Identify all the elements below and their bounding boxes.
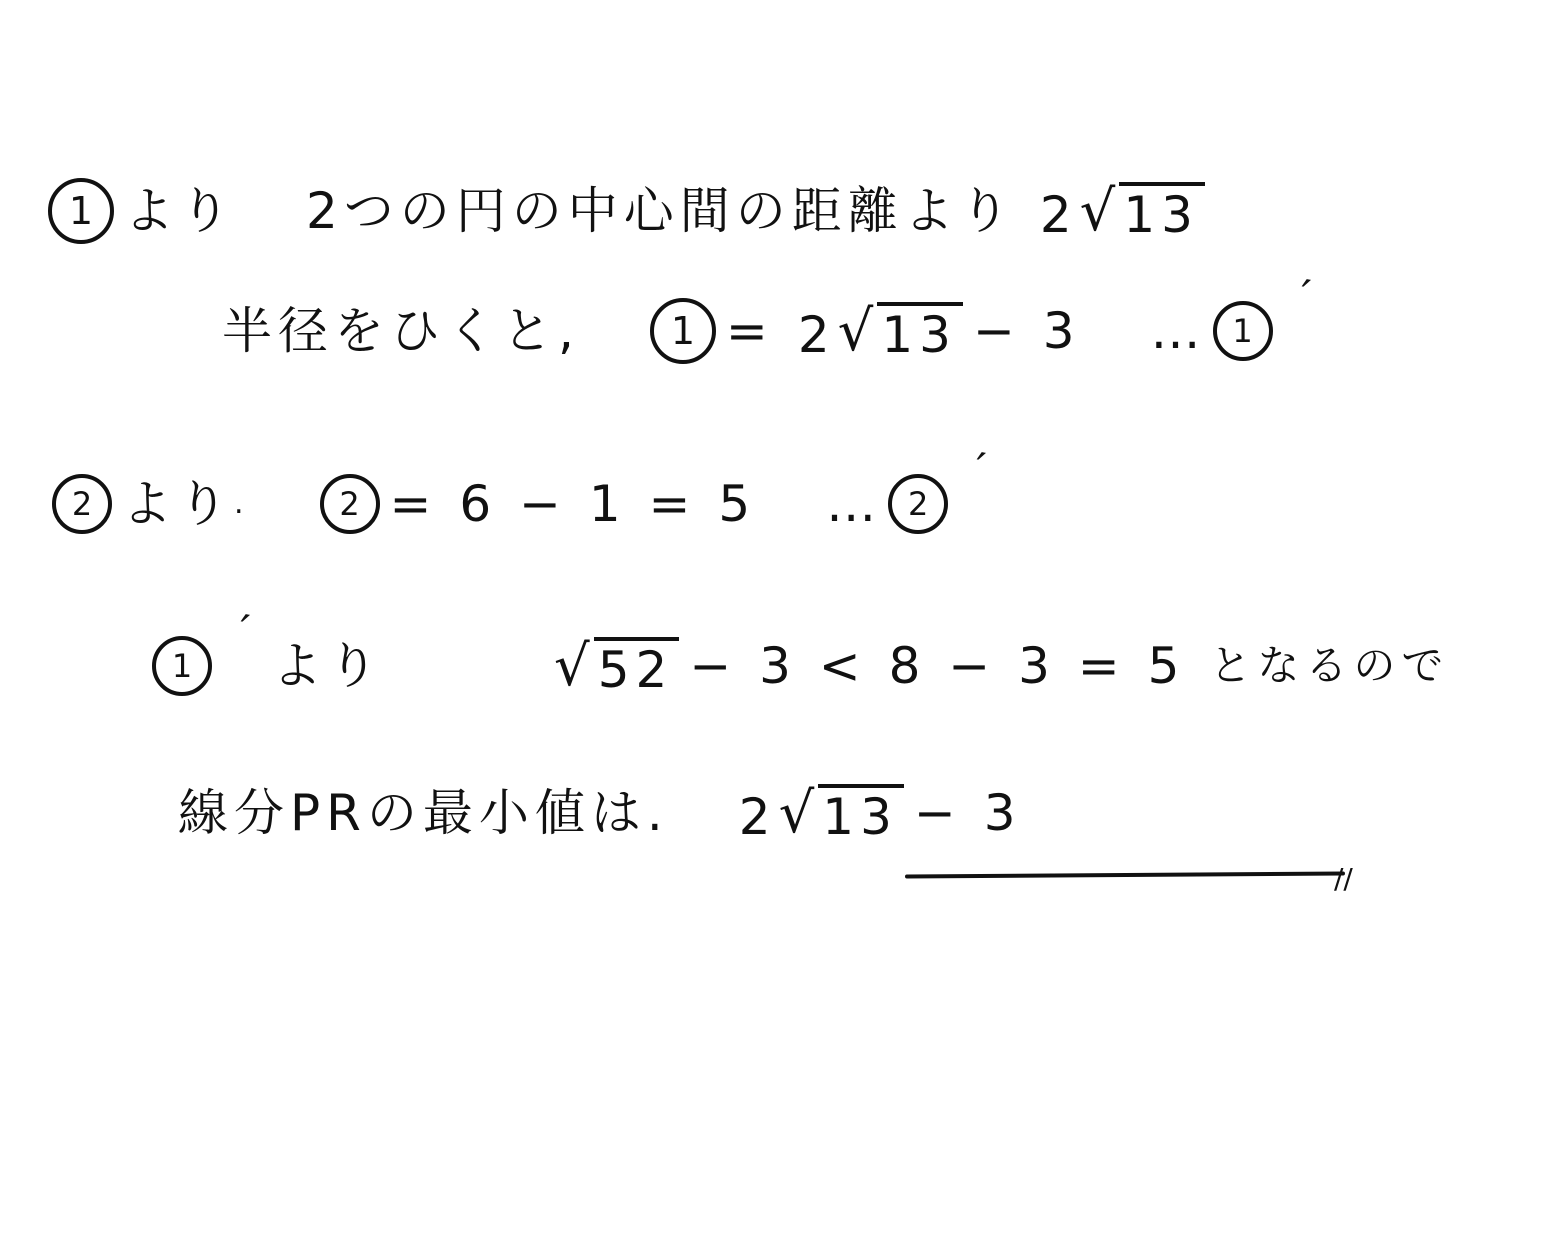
prime-mark: ′ <box>970 447 987 492</box>
circled-ref-1-prime: 1 ′ <box>152 636 212 696</box>
equals-sign: = <box>726 306 774 356</box>
ref-number: 2 <box>339 488 359 520</box>
coefficient: 2 <box>1040 190 1078 240</box>
radical-sign-icon: √ <box>1080 184 1122 240</box>
ref-number: 1 <box>671 312 695 350</box>
radicand: 13 <box>877 302 963 360</box>
end-mark: // <box>1334 862 1353 895</box>
prime-mark: ′ <box>234 609 251 654</box>
radical-sign-icon: √ <box>779 786 821 842</box>
yori-text: より <box>272 641 384 691</box>
radicand: 13 <box>1119 182 1205 240</box>
comparison-expression: − 3 < 8 − 3 = 5 <box>689 641 1185 691</box>
label-number: 1 <box>1232 315 1252 347</box>
expression: = 6 − 1 = 5 <box>390 479 757 529</box>
answer-value: 2 √ 13 <box>739 784 904 842</box>
distance-value: 2 √ 13 <box>1040 182 1205 240</box>
conclusion-phrase: 線分PRの最小値は. <box>178 788 669 838</box>
ellipsis: … <box>826 479 882 529</box>
yori-text: より <box>122 479 234 529</box>
ref-number: 2 <box>72 488 92 520</box>
circled-label-1-prime: 1 ′ <box>1213 301 1273 361</box>
center-distance-phrase: 2つの円の中心間の距離より <box>306 186 1016 236</box>
ellipsis: … <box>1151 306 1207 356</box>
radical-sign-icon: √ <box>554 639 596 695</box>
circled-ref-2: 2 <box>52 474 112 534</box>
period: . <box>234 489 250 519</box>
prime-mark: ′ <box>1295 274 1312 319</box>
circled-ref-2: 2 <box>320 474 380 534</box>
label-number: 2 <box>908 488 928 520</box>
circled-ref-1: 1 <box>48 178 114 244</box>
sqrt-52: √ 52 <box>554 637 679 695</box>
radicand: 13 <box>818 784 904 842</box>
line-comparison: 1 ′ より √ 52 − 3 < 8 − 3 = 5 となるので <box>152 636 1449 696</box>
line-conclusion: 線分PRの最小値は. 2 √ 13 − 3 <box>178 784 1022 842</box>
minus-three: − 3 <box>914 788 1022 838</box>
answer-underline <box>905 871 1345 878</box>
radical-sign-icon: √ <box>838 304 880 360</box>
circled-ref-1: 1 <box>650 298 716 364</box>
yori-text: より <box>124 186 236 236</box>
line-subtract-radius: 半径をひくと, 1 = 2 √ 13 − 3 … 1 ′ <box>222 298 1283 364</box>
line-from-condition-2: 2 より . 2 = 6 − 1 = 5 … 2 ′ <box>52 474 958 534</box>
circled-label-2-prime: 2 ′ <box>888 474 948 534</box>
subtract-radius-phrase: 半径をひくと, <box>222 306 580 356</box>
minus-three: − 3 <box>973 306 1081 356</box>
therefore-phrase: となるので <box>1209 645 1449 687</box>
radicand: 52 <box>594 637 680 695</box>
line-center-distance: 1 より 2つの円の中心間の距離より 2 √ 13 <box>48 178 1215 244</box>
value-expression: 2 √ 13 <box>798 302 963 360</box>
coefficient: 2 <box>798 310 836 360</box>
ref-number: 1 <box>69 192 93 230</box>
coefficient: 2 <box>739 792 777 842</box>
ref-number: 1 <box>172 650 192 682</box>
